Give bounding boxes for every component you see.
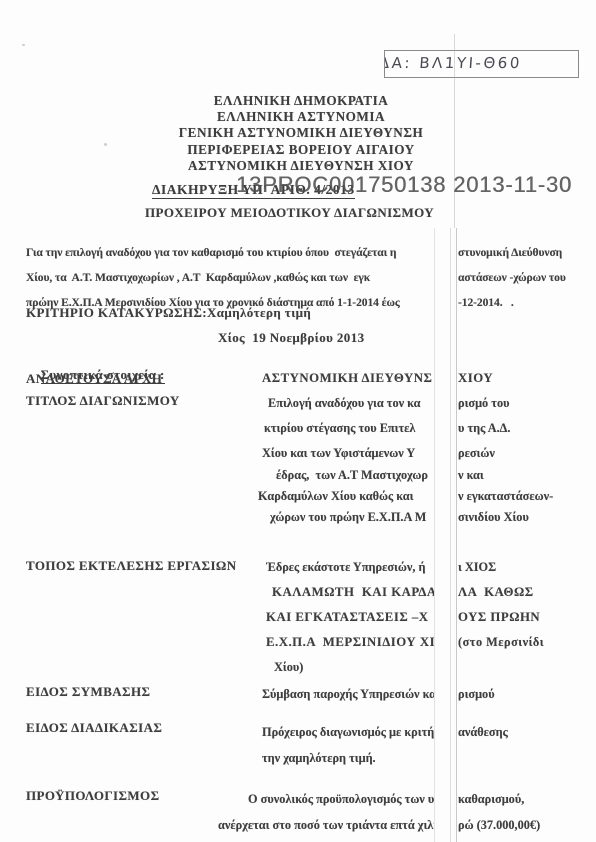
value-tender-title-line-6: χώρων του πρώην Ε.Χ.Π.Α Μ σινιδίου Χίου xyxy=(0,510,596,530)
award-criterion-line: ΚΡΙΤΗΡΙΟ ΚΑΤΑΚΥΡΩΣΗΣ:Χαμηλότερη τιμή xyxy=(26,305,311,321)
intro-line-1: Για την επιλογή αναδόχου για τον καθαρισ… xyxy=(0,246,596,266)
value-budget-line-1: Ο συνολικός προϋπολογισμός των υπηρεσι κ… xyxy=(0,792,596,812)
intro-line-2: Χίου, τα Α.Τ. Μαστιχοχωρίων , Α.Τ Καρδαμ… xyxy=(0,271,596,291)
scanned-document-page: ΔΑ: ΒΛ1ΥΙ-Θ60 ΕΛΛΗΝΙΚΗ ΔΗΜΟΚΡΑΤΙΑ ΕΛΛΗΝΙ… xyxy=(0,0,596,842)
value-contracting-authority: ΑΣΤΥΝΟΜΙΚΗ ΔΙΕΥΘΥΝΣ ΧΙΟΥ xyxy=(0,371,596,391)
value-place-line-4: Ε.Χ.Π.Α ΜΕΡΣΙΝΙΔΙΟΥ ΧΙ (στο Μερσινίδι xyxy=(0,635,596,655)
value-procedure-line-1: Πρόχειρος διαγωνισμός με κριτήρ ανάθεσης xyxy=(0,725,596,745)
value-contract-type: Σύμβαση παροχής Υπηρεσιών κα ρισμού xyxy=(0,687,596,707)
value-place-line-3: ΚΑΙ ΕΓΚΑΤΑΣΤΑΣΕΙΣ –Χ ΟΥΣ ΠΡΩΗΝ xyxy=(0,610,596,630)
value-tender-title-line-5: Καρδαμύλων Χίου καθώς και ν εγκαταστάσεω… xyxy=(0,489,596,509)
letterhead-line-republic: ΕΛΛΗΝΙΚΗ ΔΗΜΟΚΡΑΤΙΑ xyxy=(120,93,482,109)
scan-speck xyxy=(104,143,107,146)
value-tender-title-line-3: Χίου και των Υφιστάμενων Υ ρεσιών xyxy=(0,446,596,466)
value-procedure-line-2: την χαμηλότερη τιμή. xyxy=(0,751,596,771)
letterhead-line-police: ΕΛΛΗΝΙΚΗ ΑΣΤΥΝΟΜΙΑ xyxy=(120,109,482,125)
value-place-line-2: ΚΑΛΑΜΩΤΗ ΚΑΙ ΚΑΡΔΑ ΛΑ ΚΑΘΩΣ xyxy=(0,585,596,605)
value-tender-title-line-2: κτιρίου στέγασης του Επιτελ υ της Α.Δ. xyxy=(0,421,596,441)
scan-crease-band xyxy=(434,228,457,842)
procurement-registry-stamp: 13PROC001750138 2013-11-30 xyxy=(236,172,572,198)
dateline: Χίος 19 Νοεμβρίου 2013 xyxy=(218,330,365,346)
value-budget-line-2: ανέρχεται στο ποσό των τριάντα επτά χιλι… xyxy=(0,818,596,838)
value-place-line-1: Έδρες εκάστοτε Υπηρεσιών, ή ι ΧΙΟΣ xyxy=(0,560,596,580)
decree-subtitle: ΠΡΟΧΕΙΡΟΥ ΜΕΙΟΔΟΤΙΚΟΥ ΔΙΑΓΩΝΙΣΜΟΥ xyxy=(145,205,434,221)
value-tender-title-line-1: Επιλογή αναδόχου για τον κα ρισμό του xyxy=(0,396,596,416)
scan-speck xyxy=(22,44,25,46)
value-tender-title-line-4: έδρας, των Α.Τ Μαστιχοχωρ ν και xyxy=(0,468,596,488)
value-place-line-5: Χίου) xyxy=(0,660,596,680)
letterhead-line-region: ΠΕΡΙΦΕΡΕΙΑΣ ΒΟΡΕΙΟΥ ΑΙΓΑΙΟΥ xyxy=(120,142,482,158)
scan-crease-line xyxy=(454,34,455,228)
letterhead-line-general-directorate: ΓΕΝΙΚΗ ΑΣΤΥΝΟΜΙΚΗ ΔΙΕΥΘΥΝΣΗ xyxy=(120,125,482,141)
ada-code-box: ΔΑ: ΒΛ1ΥΙ-Θ60 xyxy=(384,50,579,78)
letterhead: ΕΛΛΗΝΙΚΗ ΔΗΜΟΚΡΑΤΙΑ ΕΛΛΗΝΙΚΗ ΑΣΤΥΝΟΜΙΑ Γ… xyxy=(120,93,482,174)
